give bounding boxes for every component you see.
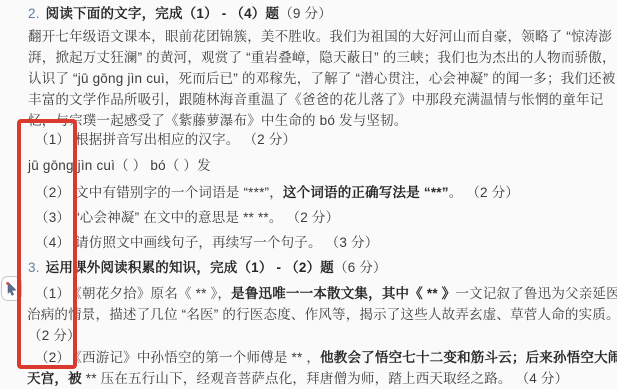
q3-item-2-line-1: （2）《西游记》中孙悟空的第一个师傅是 ** ，他教会了悟空七十二变和筋斗云；后…	[35, 349, 617, 367]
q3-item-1-line-1: （1）《朝花夕拾》原名《 ** 》，是鲁迅唯一一本散文集，其中《 ** 》一文记…	[35, 285, 617, 303]
passage-paragraph: 翻开七年级语文课本，眼前花团锦簇，美不胜收。我们为祖国的大好河山而自豪，领略了 …	[28, 26, 603, 131]
q3-item-2-text-bold-cont: 天宫，被	[27, 371, 82, 386]
q3-item-1-text-end: 一文记叙了鲁迅为父亲延医	[455, 286, 617, 301]
q2-item-1: （1）根据拼音写出相应的汉字。 （2 分）	[35, 131, 296, 149]
q3-item-2-line-2: 天宫，被 ** 压在五行山下，经观音菩萨点化，拜唐僧为师，踏上西天取经之路。 （…	[27, 370, 568, 388]
exam-document: 2.阅读下面的文字，完成（1） - （4）题（9 分） 翻开七年级语文课本，眼前…	[0, 0, 617, 389]
q2-item-2-text-bold: 这个词语的正确写法是 “**”	[283, 185, 449, 200]
passage-line: 湃，掀起万丈狂澜” 的黄河，观赏了 “重岩叠嶂，隐天蔽日” 的三峡；我们也为杰出…	[28, 47, 603, 68]
cursor-icon	[5, 281, 18, 296]
question-2-score: （9 分）	[279, 6, 332, 21]
q2-item-3-number: （3）	[35, 210, 70, 225]
question-2-title: 阅读下面的文字，完成（1） - （4）题	[46, 6, 280, 21]
passage-line: 翻开七年级语文课本，眼前花团锦簇，美不胜收。我们为祖国的大好河山而自豪，领略了 …	[28, 26, 603, 47]
q2-item-4-number: （4）	[35, 235, 70, 250]
q3-item-1-text-bold: 是鲁迅唯一一本散文集，其中《 ** 》	[231, 286, 455, 301]
question-2-number: 2.	[28, 6, 40, 21]
q3-item-2-text-normal: 《西游记》中孙悟空的第一个师傅是 ** ，	[75, 350, 320, 365]
q2-item-3: （3）“心会神凝” 在文中的意思是 ** **。 （2 分）	[35, 209, 339, 227]
q3-item-2-number: （2）	[35, 350, 70, 365]
passage-line: 丰富的文学作品所吸引，跟随林海音重温了《爸爸的花儿落了》中那段充满温情与怅惘的童…	[28, 89, 603, 110]
q3-item-1-line-2: 治病的情景，描述了几位 “名医” 的行医态度、作风等，揭示了这些人故弄玄虚、草菅…	[27, 306, 617, 324]
q3-item-2-text-end: ** 压在五行山下，经观音菩萨点化，拜唐僧为师，踏上西天取经之路。 （4 分）	[82, 371, 569, 386]
q2-item-2-text-end: 。 （2 分）	[449, 185, 519, 200]
q2-item-2: （2）文中有错别字的一个词语是 “***”，这个词语的正确写法是 “**”。 （…	[35, 184, 519, 202]
q2-pinyin-line: jū gōng jìn cuì（ ） bó（ ）发	[28, 157, 211, 175]
passage-line: 忆，与宗璞一起感受了《紫藤萝瀑布》中生命的 bó 发与坚韧。	[28, 110, 603, 131]
question-3-title: 运用课外阅读积累的知识，完成（1） - （2）题	[46, 260, 334, 275]
question-3-score: （6 分）	[334, 260, 387, 275]
q3-item-2-text-bold: 他教会了悟空七十二变和筋斗云；后来孙悟空大闹	[320, 350, 617, 365]
passage-line: 认识了 “jū gōng jìn cuì，死而后已” 的邓稼先，了解了 “潜心贯…	[28, 68, 603, 89]
question-3-header: 3.运用课外阅读积累的知识，完成（1） - （2）题（6 分）	[28, 259, 387, 277]
q3-item-1-score: （2 分）	[28, 327, 81, 345]
q2-item-3-text: “心会神凝” 在文中的意思是 ** **。 （2 分）	[75, 210, 339, 225]
q2-item-2-number: （2）	[35, 185, 70, 200]
q2-item-4-text: 请仿照文中画线句子，再续写一个句子。 （3 分）	[75, 235, 378, 250]
question-2-header: 2.阅读下面的文字，完成（1） - （4）题（9 分）	[28, 5, 332, 23]
q2-item-4: （4）请仿照文中画线句子，再续写一个句子。 （3 分）	[35, 234, 378, 252]
question-3-number: 3.	[28, 260, 40, 275]
q2-item-2-text-normal: 文中有错别字的一个词语是 “***”，	[75, 185, 283, 200]
q2-item-1-text: 根据拼音写出相应的汉字。 （2 分）	[75, 132, 296, 147]
q3-item-1-text-normal: 《朝花夕拾》原名《 ** 》，	[75, 286, 231, 301]
q3-item-1-number: （1）	[35, 286, 70, 301]
q2-item-1-number: （1）	[35, 132, 70, 147]
floating-cursor-button[interactable]	[1, 276, 22, 301]
